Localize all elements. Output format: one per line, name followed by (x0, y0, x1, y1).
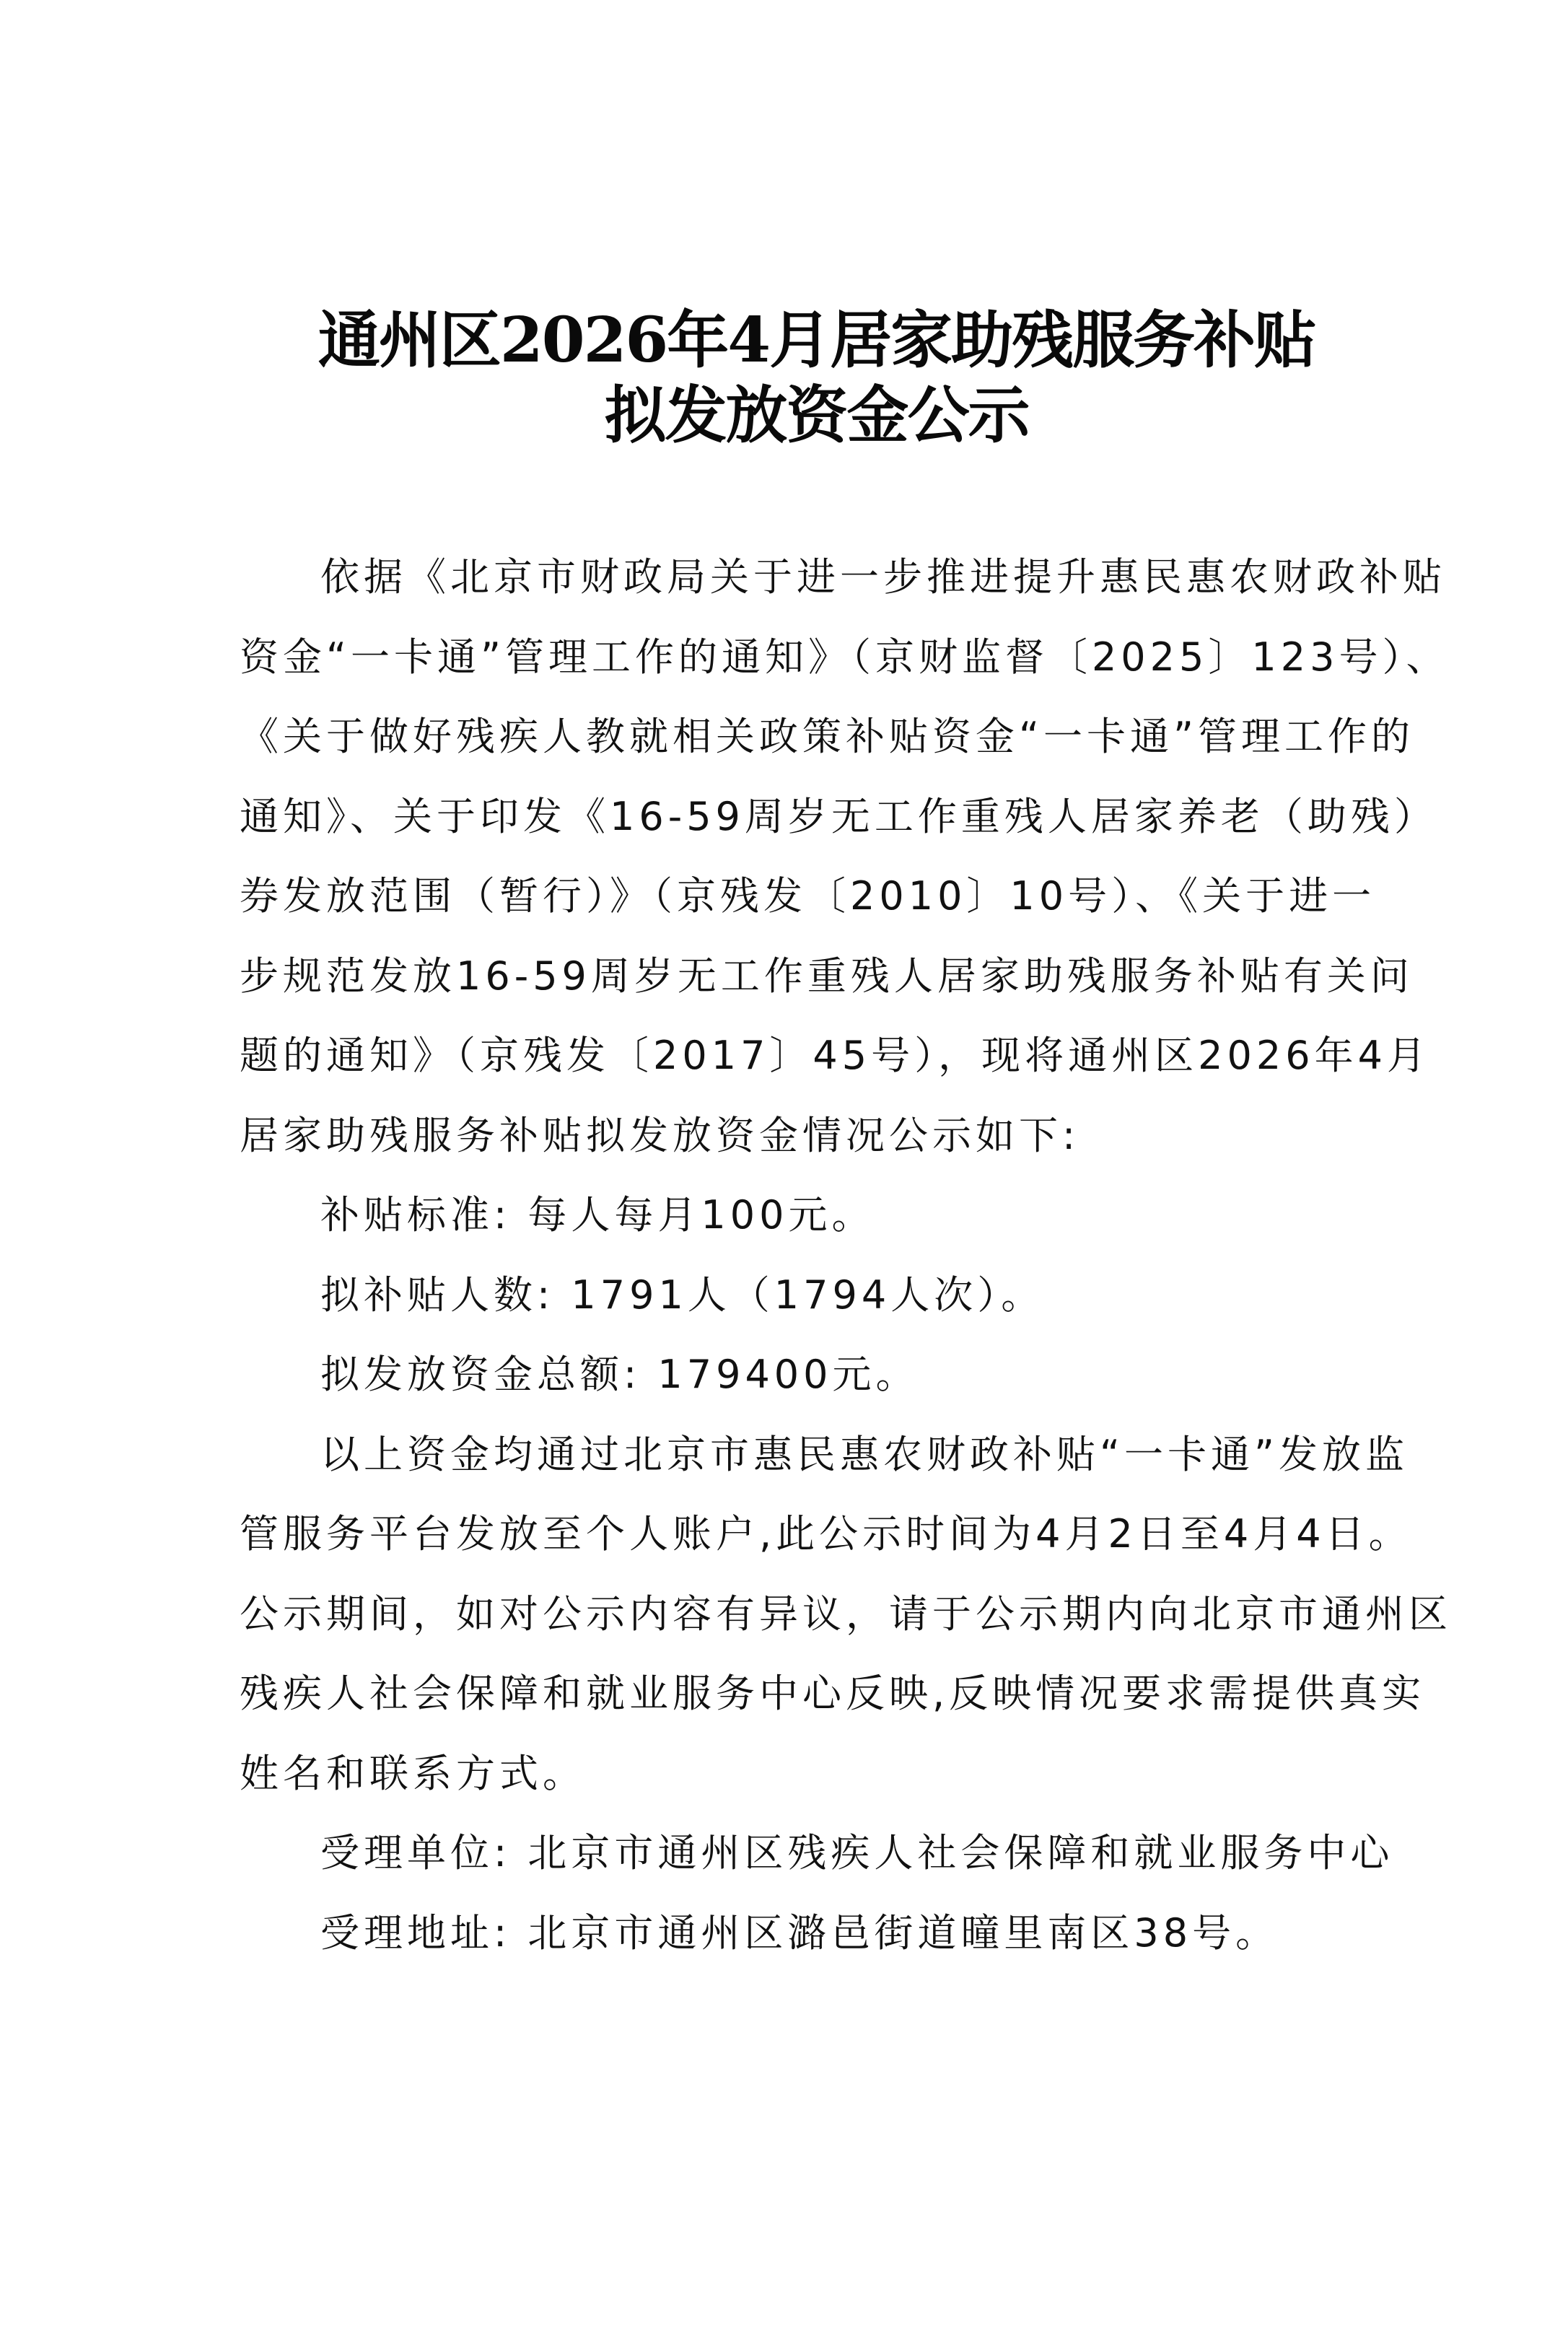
notice-line: 公示期间，如对公示内容有异议，请于公示期内向北京市通州区 (240, 1575, 1401, 1655)
intro-paragraph: 依据《北京市财政局关于进一步推进提升惠民惠农财政补贴 资金“一卡通”管理工作的通… (240, 538, 1401, 1176)
contact-unit-label: 受理单位: (320, 1830, 511, 1876)
intro-line: 《关于做好残疾人教就相关政策补贴资金“一卡通”管理工作的 (240, 697, 1401, 777)
notice-line: 姓名和联系方式。 (240, 1734, 1401, 1814)
intro-line: 券发放范围（暂行）》（京残发〔2010〕10号）、《关于进一 (240, 857, 1401, 937)
notice-paragraph: 以上资金均通过北京市惠民惠农财政补贴“一卡通”发放监 管服务平台发放至个人账户,… (240, 1415, 1401, 1814)
recipient-count-label: 拟补贴人数: (320, 1272, 554, 1318)
intro-line: 步规范发放16-59周岁无工作重残人居家助残服务补贴有关问 (240, 937, 1401, 1017)
intro-line: 资金“一卡通”管理工作的通知》（京财监督〔2025〕123号）、 (240, 618, 1401, 698)
total-amount-row: 拟发放资金总额: 179400元。 (240, 1335, 1401, 1415)
intro-line: 题的通知》（京残发〔2017〕45号），现将通州区2026年4月 (240, 1016, 1401, 1096)
document-body: 依据《北京市财政局关于进一步推进提升惠民惠农财政补贴 资金“一卡通”管理工作的通… (240, 538, 1401, 1973)
contact-unit-row: 受理单位: 北京市通州区残疾人社会保障和就业服务中心 (240, 1813, 1401, 1894)
subsidy-standard-label: 补贴标准: (320, 1192, 511, 1238)
document-page: 通州区2026年4月居家助残服务补贴 拟发放资金公示 依据《北京市财政局关于进一… (0, 0, 1568, 2341)
notice-line: 残疾人社会保障和就业服务中心反映,反映情况要求需提供真实 (240, 1654, 1401, 1734)
notice-line: 管服务平台发放至个人账户,此公示时间为4月2日至4月4日。 (240, 1495, 1401, 1575)
recipient-count-value: 1791人（1794人次）。 (571, 1272, 1044, 1318)
contact-address-row: 受理地址: 北京市通州区潞邑街道曈里南区38号。 (240, 1894, 1401, 1974)
contact-address-value: 北京市通州区潞邑街道曈里南区38号。 (527, 1910, 1279, 1956)
notice-line: 以上资金均通过北京市惠民惠农财政补贴“一卡通”发放监 (240, 1415, 1401, 1495)
recipient-count-row: 拟补贴人数: 1791人（1794人次）。 (240, 1256, 1401, 1336)
title-line-2: 拟发放资金公示 (65, 378, 1568, 453)
intro-line: 依据《北京市财政局关于进一步推进提升惠民惠农财政补贴 (240, 538, 1401, 618)
intro-line: 居家助残服务补贴拟发放资金情况公示如下: (240, 1096, 1401, 1176)
subsidy-standard-row: 补贴标准: 每人每月100元。 (240, 1176, 1401, 1256)
total-amount-label: 拟发放资金总额: (320, 1352, 641, 1397)
title-line-1: 通州区2026年4月居家助残服务补贴 (65, 303, 1568, 378)
contact-unit-value: 北京市通州区残疾人社会保障和就业服务中心 (527, 1830, 1393, 1876)
total-amount-value: 179400元。 (657, 1352, 919, 1397)
document-title: 通州区2026年4月居家助残服务补贴 拟发放资金公示 (0, 303, 1568, 453)
subsidy-standard-value: 每人每月100元。 (527, 1192, 875, 1238)
contact-address-label: 受理地址: (320, 1910, 511, 1956)
intro-line: 通知》、关于印发《16-59周岁无工作重残人居家养老（助残） (240, 777, 1401, 857)
